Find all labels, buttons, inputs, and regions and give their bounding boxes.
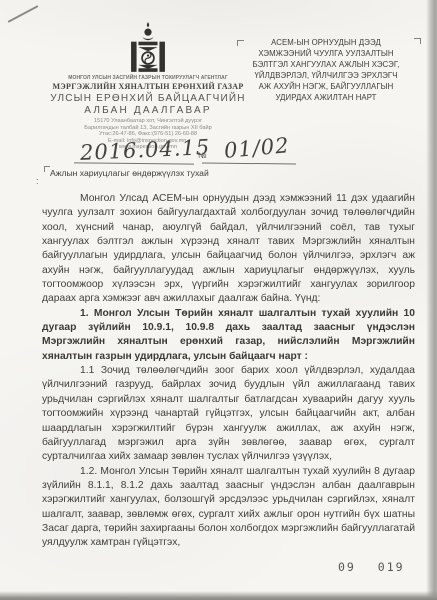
recipient-block: АСЕМ-ЫН ОРНУУДЫН ДЭЭД ХЭМЖЭЭНИЙ ЧУУЛГА У…: [233, 38, 419, 103]
number-sign-label: №: [198, 151, 207, 160]
scan-edge-bottom: [0, 591, 437, 600]
corner-bracket-left: [237, 40, 244, 46]
number-underline: [202, 163, 296, 165]
handwritten-doc-number: 01/02: [223, 133, 290, 163]
paragraph-intro: Монгол Улсад АСЕМ-ын орнуудын дээд хэмжэ…: [42, 192, 415, 307]
scan-edge-right: [426, 0, 437, 600]
recipient-line: БЭЛТГЭЛ ХАНГУУЛАХ АЖЛЫН ХЭСЭГ,: [233, 60, 419, 71]
paragraph-section-1-1: 1.1 Зочид төлөөлөгчдийн зоог барих хоол …: [42, 364, 415, 464]
paragraph-section-1: 1. Монгол Улсын Төрийн хяналт шалгалтын …: [42, 307, 415, 364]
stamp-left-digits: 09: [338, 560, 356, 574]
paragraph-section-1-2: 1.2. Монгол Улсын Төрийн хяналт шалгалты…: [42, 465, 415, 551]
recipient-line: АСЕМ-ЫН ОРНУУДЫН ДЭЭД: [233, 38, 419, 49]
address-line: Барилгачдын талбай 13, Засгийн газрын XI…: [23, 125, 273, 132]
address-line: 15170 Улаанбаатар хот, Чингэлтэй дүүрэг: [23, 118, 273, 125]
recipient-line: ХЭМЖЭЭНИЙ ЧУУЛГА УУЛЗАЛТЫН: [233, 49, 419, 60]
corner-bracket-right: [414, 38, 421, 44]
doc-title-line2: АЛБАН ДААЛГАВАР: [23, 105, 273, 116]
subject-line: Ажлын хариуцлагыг өндөржүүлэх тухай: [50, 168, 209, 178]
scanned-document-page: МОНГОЛ УЛСЫН ЗАСГИЙН ГАЗРЫН ТОХИРУУЛАГЧ …: [0, 0, 437, 600]
recipient-line: УДИРДАХ АЖИЛТАН НАРТ: [233, 93, 419, 104]
recipient-line: АЖ АХУЙН НЭГЖ, БАЙГУУЛЛАГЫН: [233, 82, 419, 93]
pen-stroke-mark: [8, 5, 39, 23]
soyombo-emblem-icon: [130, 21, 166, 74]
recipient-line: ҮЙЛДВЭРЛЭЛ, ҮЙЛЧИЛГЭЭ ЭРХЛЭГЧ: [233, 71, 419, 82]
document-body: Монгол Улсад АСЕМ-ын орнуудын дээд хэмжэ…: [42, 192, 415, 551]
handwritten-date: 2016.04.15: [80, 135, 211, 165]
stamp-right-digits: 019: [378, 560, 405, 574]
page-number-stamp: 09 019: [338, 560, 405, 574]
ink-artifact: :: [36, 176, 39, 186]
